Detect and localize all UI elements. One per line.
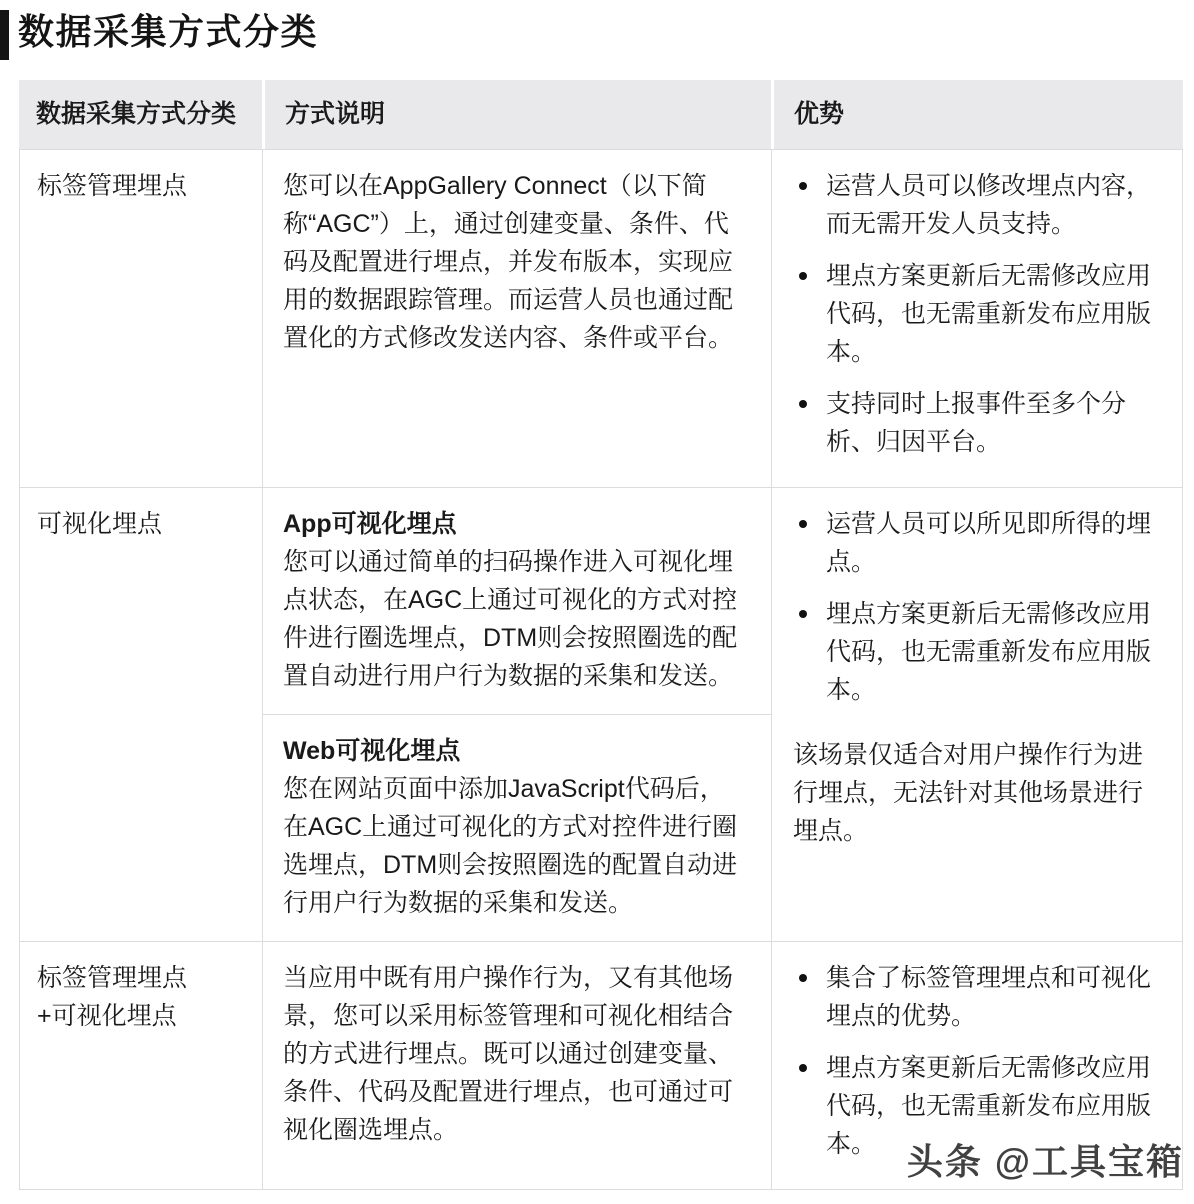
advantages-cell: 运营人员可以修改埋点内容，而无需开发人员支持。 埋点方案更新后无需修改应用代码，… [771,150,1182,487]
description-text: 当应用中既有用户操作行为，又有其他场景，您可以采用标签管理和可视化相结合的方式进… [283,959,747,1149]
advantages-cell: 运营人员可以所见即所得的埋点。 埋点方案更新后无需修改应用代码，也无需重新发布应… [771,488,1182,941]
advantage-item: 支持同时上报事件至多个分析、归因平台。 [793,385,1166,461]
category-cell: 标签管理埋点+可视化埋点 [20,942,262,1189]
advantage-item: 运营人员可以所见即所得的埋点。 [793,505,1166,581]
advantages-list: 运营人员可以所见即所得的埋点。 埋点方案更新后无需修改应用代码，也无需重新发布应… [793,505,1166,709]
description-text: 您可以在AppGallery Connect（以下简称“AGC”）上，通过创建变… [283,167,747,357]
table-row: 标签管理埋点 您可以在AppGallery Connect（以下简称“AGC”）… [20,150,1182,487]
data-collection-table: 数据采集方式分类 方式说明 优势 标签管理埋点 您可以在AppGallery C… [19,80,1183,1190]
description-cell: App可视化埋点 您可以通过简单的扫码操作进入可视化埋点状态，在AGC上通过可视… [262,488,771,941]
advantages-list: 集合了标签管理埋点和可视化埋点的优势。 埋点方案更新后无需修改应用代码，也无需重… [793,959,1166,1163]
category-cell: 可视化埋点 [20,488,262,941]
description-cell: 您可以在AppGallery Connect（以下简称“AGC”）上，通过创建变… [262,150,771,487]
section-heading: App可视化埋点 [283,505,747,543]
advantage-item: 运营人员可以修改埋点内容，而无需开发人员支持。 [793,167,1166,243]
section-text: 您可以通过简单的扫码操作进入可视化埋点状态，在AGC上通过可视化的方式对控件进行… [283,543,747,695]
description-section-app: App可视化埋点 您可以通过简单的扫码操作进入可视化埋点状态，在AGC上通过可视… [263,488,771,714]
page-title: 数据采集方式分类 [18,4,318,55]
advantage-item: 集合了标签管理埋点和可视化埋点的优势。 [793,959,1166,1035]
header-cell-advantages: 优势 [771,80,1183,149]
advantage-note: 该场景仅适合对用户操作行为进行埋点，无法针对其他场景进行埋点。 [793,736,1166,850]
section-heading: Web可视化埋点 [283,732,747,770]
description-cell: 当应用中既有用户操作行为，又有其他场景，您可以采用标签管理和可视化相结合的方式进… [262,942,771,1189]
advantage-item: 埋点方案更新后无需修改应用代码，也无需重新发布应用版本。 [793,257,1166,371]
description-section-web: Web可视化埋点 您在网站页面中添加JavaScript代码后，在AGC上通过可… [263,714,771,941]
header-cell-category: 数据采集方式分类 [19,80,262,149]
title-accent-bar [0,10,9,60]
advantages-list: 运营人员可以修改埋点内容，而无需开发人员支持。 埋点方案更新后无需修改应用代码，… [793,167,1166,461]
toutiao-watermark: 头条 @工具宝箱 [907,1134,1184,1185]
category-cell: 标签管理埋点 [20,150,262,487]
table-header-row: 数据采集方式分类 方式说明 优势 [19,80,1183,149]
advantage-item: 埋点方案更新后无需修改应用代码，也无需重新发布应用版本。 [793,595,1166,709]
table-body: 标签管理埋点 您可以在AppGallery Connect（以下简称“AGC”）… [19,149,1183,1190]
table-row: 可视化埋点 App可视化埋点 您可以通过简单的扫码操作进入可视化埋点状态，在AG… [20,487,1182,941]
section-text: 您在网站页面中添加JavaScript代码后，在AGC上通过可视化的方式对控件进… [283,770,747,922]
header-cell-description: 方式说明 [262,80,771,149]
